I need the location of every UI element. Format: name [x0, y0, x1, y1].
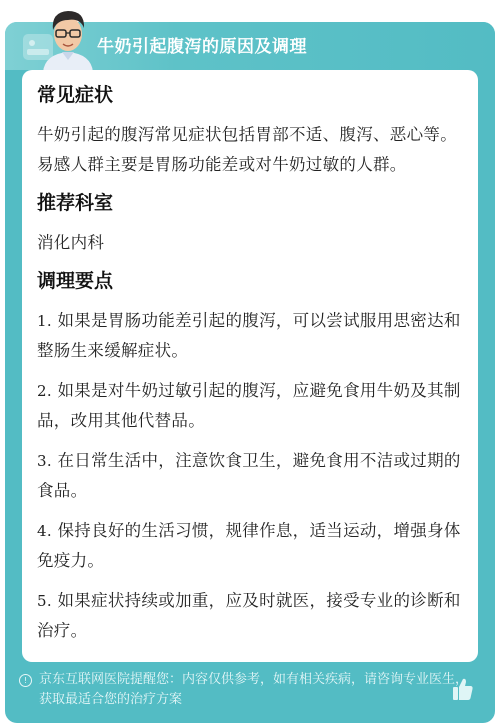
section-symptoms: 常见症状 牛奶引起的腹泻常见症状包括胃部不适、腹泻、恶心等。易感人群主要是胃肠功… [37, 82, 467, 180]
item-text: 如果是对牛奶过敏引起的腹泻，应避免食用牛奶及其制品，改用其他代替品。 [37, 381, 461, 430]
content-panel: 常见症状 牛奶引起的腹泻常见症状包括胃部不适、腹泻、恶心等。易感人群主要是胃肠功… [22, 70, 478, 662]
section-title: 推荐科室 [37, 190, 467, 216]
item-number: 5. [37, 592, 52, 610]
disclaimer-footer: ! 京东互联网医院提醒您：内容仅供参考，如有相关疾病，请咨询专业医生，获取最适合… [19, 670, 469, 710]
header-bar: 牛奶引起腹泻的原因及调理 [5, 22, 495, 70]
doctor-avatar [35, 2, 101, 72]
list-item: 5. 如果症状持续或加重，应及时就医，接受专业的诊断和治疗。 [37, 586, 467, 646]
item-text: 如果症状持续或加重，应及时就医，接受专业的诊断和治疗。 [37, 591, 461, 640]
thumbs-up-icon[interactable] [452, 677, 474, 701]
item-text: 如果是胃肠功能差引起的腹泻，可以尝试服用思密达和整肠生来缓解症状。 [37, 311, 461, 360]
section-text: 牛奶引起的腹泻常见症状包括胃部不适、腹泻、恶心等。易感人群主要是胃肠功能差或对牛… [37, 120, 467, 180]
section-department: 推荐科室 消化内科 [37, 190, 467, 258]
article-card: 牛奶引起腹泻的原因及调理 常见症状 牛奶引起的腹泻常见症状包括胃部不适、腹泻、恶… [5, 22, 495, 723]
list-item: 1. 如果是胃肠功能差引起的腹泻，可以尝试服用思密达和整肠生来缓解症状。 [37, 306, 467, 366]
list-item: 3. 在日常生活中，注意饮食卫生，避免食用不洁或过期的食品。 [37, 446, 467, 506]
disclaimer-text: 京东互联网医院提醒您：内容仅供参考，如有相关疾病，请咨询专业医生，获取最适合您的… [39, 672, 468, 707]
list-item: 2. 如果是对牛奶过敏引起的腹泻，应避免食用牛奶及其制品，改用其他代替品。 [37, 376, 467, 436]
list-item: 4. 保持良好的生活习惯，规律作息，适当运动，增强身体免疫力。 [37, 516, 467, 576]
page-title: 牛奶引起腹泻的原因及调理 [97, 32, 307, 57]
item-text: 保持良好的生活习惯，规律作息，适当运动，增强身体免疫力。 [37, 521, 461, 570]
item-number: 3. [37, 452, 52, 470]
section-care-tips: 调理要点 1. 如果是胃肠功能差引起的腹泻，可以尝试服用思密达和整肠生来缓解症状… [37, 268, 467, 646]
item-number: 4. [37, 522, 52, 540]
item-number: 1. [37, 312, 52, 330]
section-title: 常见症状 [37, 82, 467, 108]
info-icon: ! [19, 674, 32, 687]
item-text: 在日常生活中，注意饮食卫生，避免食用不洁或过期的食品。 [37, 451, 461, 500]
section-title: 调理要点 [37, 268, 467, 294]
item-number: 2. [37, 382, 52, 400]
section-text: 消化内科 [37, 228, 467, 258]
